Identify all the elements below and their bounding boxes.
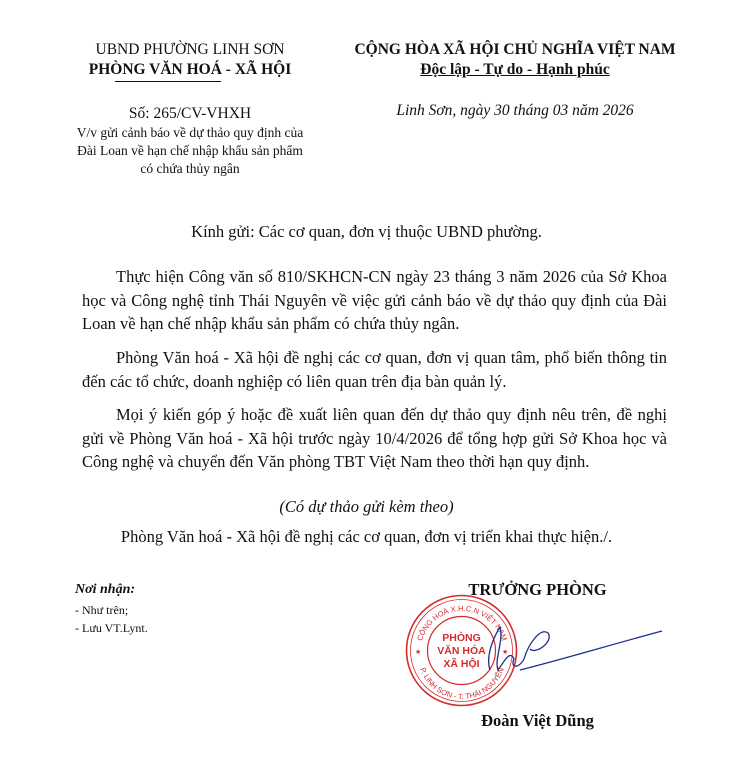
recipients-list: - Như trên; - Lưu VT.Lynt. [75, 601, 148, 637]
handwritten-signature-icon [480, 615, 665, 685]
svg-text:XÃ HỘI: XÃ HỘI [443, 657, 479, 670]
attachment-note: (Có dự thảo gửi kèm theo) [40, 497, 693, 517]
body-paragraph: Thực hiện Công văn số 810/SKHCN-CN ngày … [82, 265, 667, 336]
recipient-item: - Lưu VT.Lynt. [75, 619, 148, 637]
svg-text:PHÒNG: PHÒNG [442, 631, 481, 644]
closing-line: Phòng Văn hoá - Xã hội đề nghị các cơ qu… [40, 527, 693, 547]
document-number: Số: 265/CV-VHXH [40, 104, 340, 124]
place-date: Linh Sơn, ngày 30 tháng 03 năm 2026 [330, 102, 700, 120]
body-paragraph: Mọi ý kiến góp ý hoặc đề xuất liên quan … [82, 403, 667, 474]
recipient-item: - Như trên; [75, 601, 148, 619]
national-header: CỘNG HÒA XÃ HỘI CHỦ NGHĨA VIỆT NAM Độc l… [330, 40, 700, 80]
issuing-authority-block: UBND PHƯỜNG LINH SƠN PHÒNG VĂN HOÁ - XÃ … [40, 40, 340, 80]
nation-title: CỘNG HÒA XÃ HỘI CHỦ NGHĨA VIỆT NAM [330, 40, 700, 60]
svg-text:★: ★ [415, 648, 421, 656]
signer-name: Đoàn Việt Dũng [420, 711, 655, 731]
svg-text:VĂN HÓA: VĂN HÓA [437, 644, 486, 657]
recipients-label: Nơi nhận: [75, 582, 135, 598]
addressee-line: Kính gửi: Các cơ quan, đơn vị thuộc UBND… [40, 222, 693, 242]
document-subject: V/v gửi cảnh báo về dự thảo quy định của… [40, 124, 340, 178]
department-name: PHÒNG VĂN HOÁ - XÃ HỘI [40, 60, 340, 80]
authority-name: UBND PHƯỜNG LINH SƠN [40, 40, 340, 60]
national-motto: Độc lập - Tự do - Hạnh phúc [330, 60, 700, 80]
body-paragraph: Phòng Văn hoá - Xã hội đề nghị các cơ qu… [82, 346, 667, 393]
